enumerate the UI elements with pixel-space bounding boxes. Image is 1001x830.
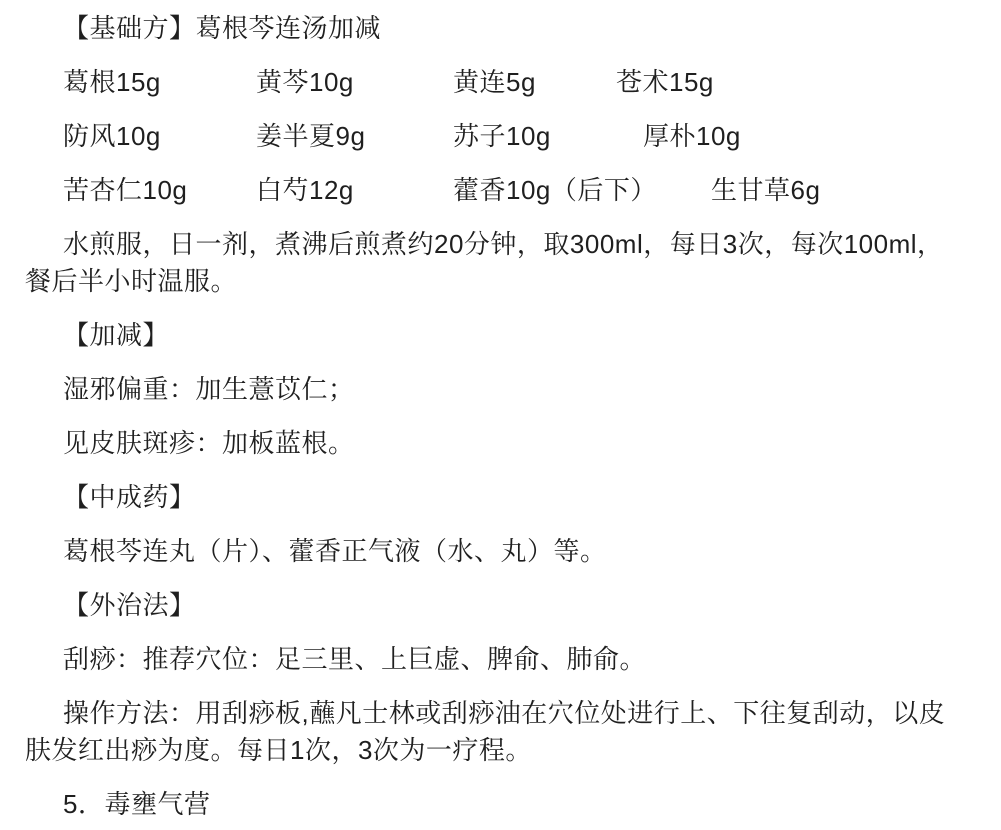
operation-line-2: 肤发红出痧为度。每日1次，3次为一疗程。 (25, 735, 532, 765)
herb-item: 苏子10g (453, 118, 643, 155)
decoction-line-2: 餐后半小时温服。 (25, 266, 237, 296)
herb-item: 苦杏仁10g (63, 172, 256, 209)
herb-row: 防风10g 姜半夏9g 苏子10g 厚朴10g (25, 118, 976, 155)
external-treatment-heading: 【外治法】 (25, 587, 976, 624)
decoction-line-1: 水煎服，日一剂，煮沸后煎煮约20分钟，取300ml，每日3次，每次100ml， (63, 229, 944, 259)
herb-row: 苦杏仁10g 白芍12g 藿香10g（后下） 生甘草6g (25, 172, 976, 209)
herb-item: 黄芩10g (256, 64, 453, 101)
herb-row: 葛根15g 黄芩10g 黄连5g 苍术15g (25, 64, 976, 101)
decoction-instructions: 水煎服，日一剂，煮沸后煎煮约20分钟，取300ml，每日3次，每次100ml，餐… (25, 226, 976, 300)
patent-medicine-list: 葛根芩连丸（片）、藿香正气液（水、丸）等。 (25, 533, 976, 570)
herb-item: 白芍12g (256, 172, 453, 209)
modification-damp-excess: 湿邪偏重：加生薏苡仁； (25, 371, 976, 408)
herb-item: 姜半夏9g (256, 118, 453, 155)
guasha-acupoints: 刮痧：推荐穴位：足三里、上巨虚、脾俞、肺俞。 (25, 641, 976, 678)
next-section-title: 5．毒壅气营 (25, 786, 976, 823)
herb-item: 苍术15g (616, 64, 976, 101)
operation-line-1: 操作方法：用刮痧板,蘸凡士林或刮痧油在穴位处进行上、下往复刮动，以皮 (63, 698, 945, 728)
herb-item: 厚朴10g (643, 118, 976, 155)
herb-item: 藿香10g（后下） (453, 172, 711, 209)
patent-medicine-heading: 【中成药】 (25, 479, 976, 516)
modification-skin-rash: 见皮肤斑疹：加板蓝根。 (25, 425, 976, 462)
document-page: 【基础方】葛根芩连汤加减 葛根15g 黄芩10g 黄连5g 苍术15g 防风10… (0, 0, 1001, 830)
herb-item: 生甘草6g (711, 172, 976, 209)
herb-item: 黄连5g (453, 64, 616, 101)
guasha-operation-method: 操作方法：用刮痧板,蘸凡士林或刮痧油在穴位处进行上、下往复刮动，以皮肤发红出痧为… (25, 695, 976, 769)
herb-item: 葛根15g (63, 64, 256, 101)
herb-item: 防风10g (63, 118, 256, 155)
base-formula-heading: 【基础方】葛根芩连汤加减 (25, 10, 976, 47)
modifications-heading: 【加减】 (25, 317, 976, 354)
